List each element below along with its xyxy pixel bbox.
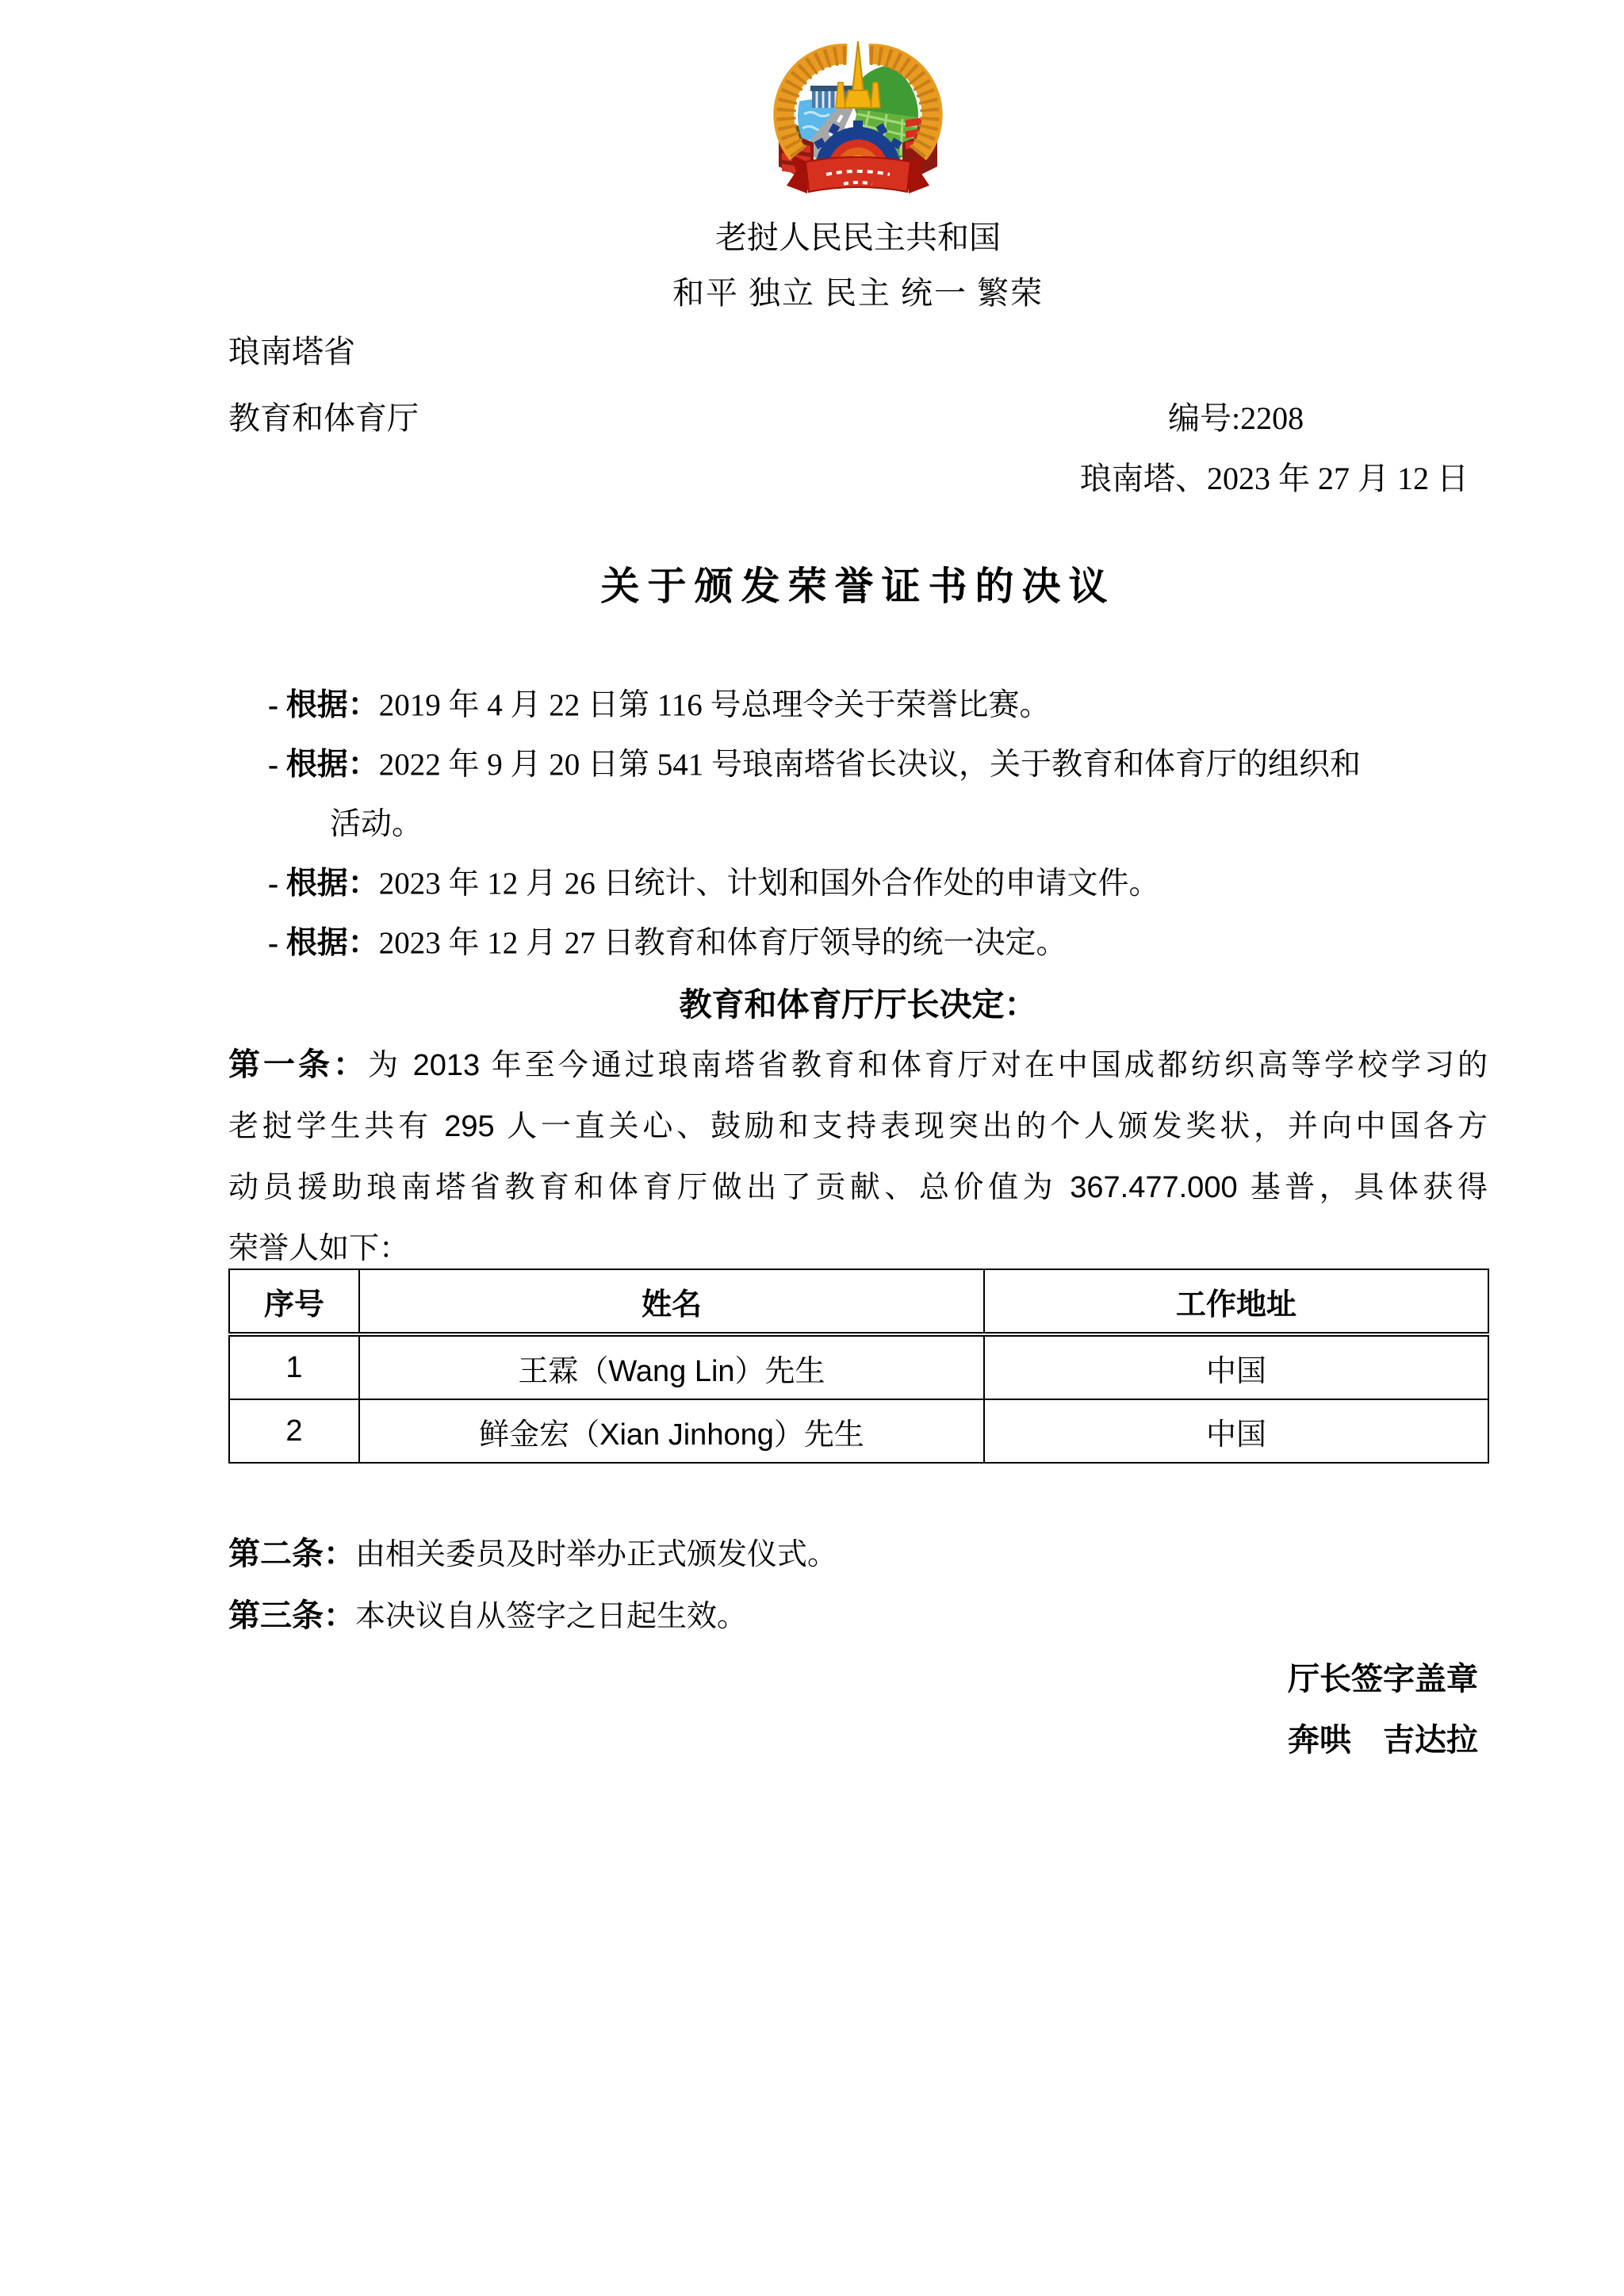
department-name: 教育和体育厅	[228, 400, 419, 436]
basis-list: - 根据：2019 年 4 月 22 日第 116 号总理令关于荣誉比赛。 - …	[268, 675, 1488, 973]
table-row: 2 鲜金宏（Xian Jinhong）先生 中国	[229, 1399, 1488, 1463]
document-title: 关于颁发荣誉证书的决议	[228, 564, 1488, 609]
date-line: 琅南塔、2023 年 27 月 12 日	[228, 461, 1488, 496]
document-content: 老挝人民民主共和国 和平 独立 民主 统一 繁荣 琅南塔省 教育和体育厅 编号:…	[228, 0, 1488, 1771]
article-2-text: 由相关委员及时举办正式颁发仪式。	[355, 1538, 837, 1571]
signature-title: 厅长签字盖章	[228, 1649, 1478, 1710]
article-1-label: 第一条：	[228, 1047, 368, 1082]
article-1: 第一条：为 2013 年至今通过琅南塔省教育和体育厅对在中国成都纺织高等学校学习…	[228, 1035, 1488, 1280]
table-cell-address: 中国	[984, 1334, 1488, 1399]
article-3: 第三条：本决议自从签字之日起生效。	[228, 1586, 1488, 1647]
basis-label: - 根据：	[268, 688, 379, 722]
article-1-line: 第一条：为 2013 年至今通过琅南塔省教育和体育厅对在中国成都纺织高等学校学习…	[228, 1035, 1488, 1096]
country-name: 老挝人民民主共和国	[228, 220, 1488, 255]
table-cell-name: 王霖（Wang Lin）先生	[359, 1334, 984, 1399]
signatory-name: 奔哄 吉达拉	[228, 1710, 1478, 1771]
article-2: 第二条：由相关委员及时举办正式颁发仪式。	[228, 1524, 1488, 1586]
basis-item: - 根据：2023 年 12 月 27 日教育和体育厅领导的统一决定。	[268, 913, 1488, 973]
signature-block: 厅长签字盖章 奔哄 吉达拉	[228, 1649, 1488, 1771]
table-cell-name: 鲜金宏（Xian Jinhong）先生	[359, 1399, 984, 1463]
basis-item-continuation: 活动。	[268, 794, 1488, 854]
basis-text: 2023 年 12 月 27 日教育和体育厅领导的统一决定。	[379, 926, 1067, 960]
basis-item: - 根据：2022 年 9 月 20 日第 541 号琅南塔省长决议，关于教育和…	[268, 735, 1488, 794]
department-row: 教育和体育厅 编号:2208	[228, 401, 1488, 436]
table-header-address: 工作地址	[984, 1269, 1488, 1334]
document-page: 老挝人民民主共和国 和平 独立 民主 统一 繁荣 琅南塔省 教育和体育厅 编号:…	[0, 0, 1624, 2296]
basis-item: - 根据：2023 年 12 月 26 日统计、计划和国外合作处的申请文件。	[268, 854, 1488, 913]
honorees-table: 序号 姓名 工作地址 1 王霖（Wang Lin）先生 中国 2 鲜金宏（Xia…	[228, 1269, 1489, 1464]
laos-national-emblem-icon	[766, 35, 950, 197]
articles-block: 第二条：由相关委员及时举办正式颁发仪式。 第三条：本决议自从签字之日起生效。	[228, 1524, 1488, 1647]
article-1-text: 为 2013 年至今通过琅南塔省教育和体育厅对在中国成都纺织高等学校学习的	[368, 1049, 1488, 1082]
table-header-name: 姓名	[359, 1269, 984, 1334]
table-cell-no: 1	[229, 1334, 359, 1399]
basis-text: 2022 年 9 月 20 日第 541 号琅南塔省长决议，关于教育和体育厅的组…	[379, 748, 1361, 782]
basis-label: - 根据：	[268, 748, 379, 782]
emblem-container	[228, 35, 1488, 197]
basis-label: - 根据：	[268, 867, 379, 901]
table-cell-address: 中国	[984, 1399, 1488, 1463]
article-1-line: 老挝学生共有 295 人一直关心、鼓励和支持表现突出的个人颁发奖状，并向中国各方	[228, 1096, 1488, 1158]
basis-text: 2023 年 12 月 26 日统计、计划和国外合作处的申请文件。	[379, 867, 1160, 901]
basis-item: - 根据：2019 年 4 月 22 日第 116 号总理令关于荣誉比赛。	[268, 675, 1488, 735]
table-header-row: 序号 姓名 工作地址	[229, 1269, 1488, 1334]
article-3-text: 本决议自从签字之日起生效。	[355, 1600, 747, 1633]
province-name: 琅南塔省	[228, 335, 1488, 369]
article-3-label: 第三条：	[228, 1598, 355, 1633]
table-cell-no: 2	[229, 1399, 359, 1463]
document-number: 编号:2208	[1168, 401, 1304, 436]
national-motto: 和平 独立 民主 统一 繁荣	[228, 276, 1488, 311]
article-1-line: 动员援助琅南塔省教育和体育厅做出了贡献、总价值为 367.477.000 基普，…	[228, 1158, 1488, 1219]
decision-heading: 教育和体育厅厅长决定：	[228, 975, 1488, 1035]
article-2-label: 第二条：	[228, 1536, 355, 1571]
basis-text: 2019 年 4 月 22 日第 116 号总理令关于荣誉比赛。	[379, 688, 1051, 722]
basis-label: - 根据：	[268, 926, 379, 960]
table-row: 1 王霖（Wang Lin）先生 中国	[229, 1334, 1488, 1399]
